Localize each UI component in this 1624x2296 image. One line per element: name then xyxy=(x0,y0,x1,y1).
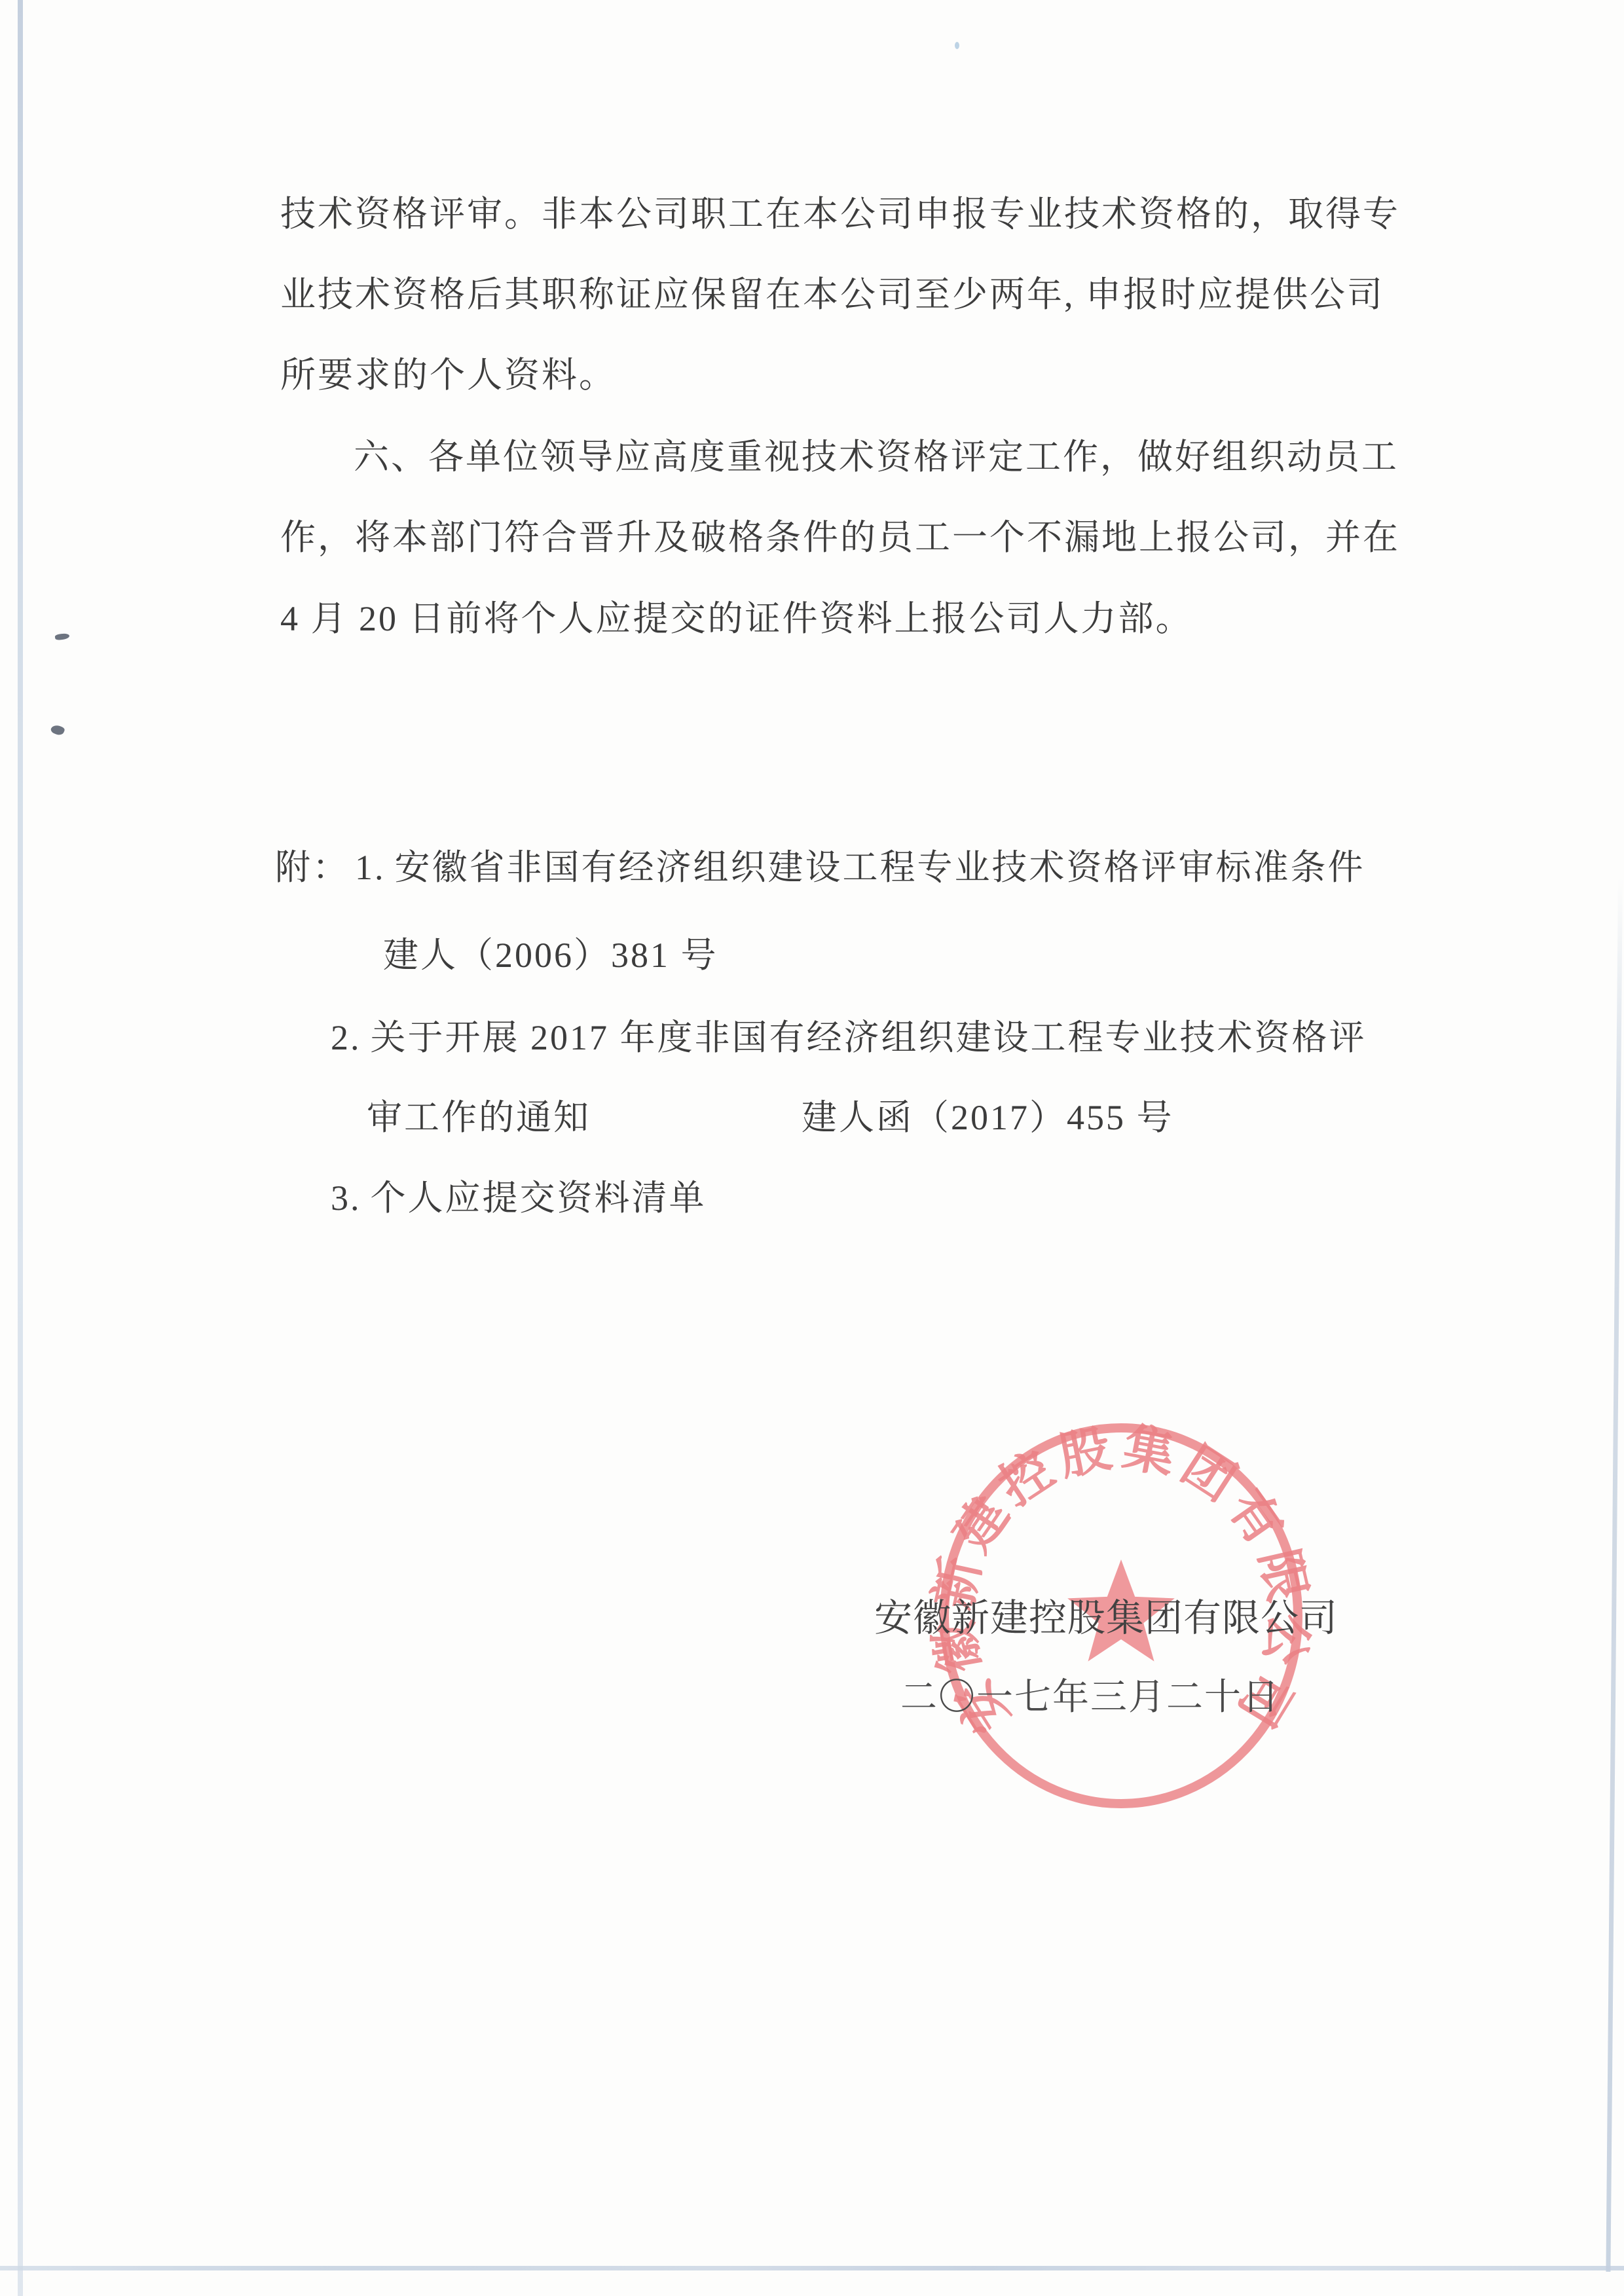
signature-company-name: 安徽新建控股集团有限公司 xyxy=(874,1599,1338,1637)
attachments-label: 附： xyxy=(275,848,350,887)
attachment-1-reference: 建人（2006）381 号 xyxy=(383,938,718,973)
attachment-item-3: 3.个人应提交资料清单 xyxy=(331,1180,707,1216)
attachment-item-1: 附：1.安徽省非国有经济组织建设工程专业技术资格评审标准条件 xyxy=(275,850,1365,885)
attachment-item-2: 2.关于开展 2017 年度非国有经济组织建设工程专业技术资格评 xyxy=(331,1020,1367,1055)
scan-fold-line-right xyxy=(1606,877,1623,2272)
scan-fold-line-bottom xyxy=(0,2266,1624,2270)
attachment-2-title-line1: 关于开展 2017 年度非国有经济组织建设工程专业技术资格评 xyxy=(371,1018,1367,1057)
scanned-document-page: 技术资格评审。非本公司职工在本公司申报专业技术资格的，取得专 业技术资格后其职称… xyxy=(0,0,1624,2296)
attachment-2-reference: 建人函（2017）455 号 xyxy=(802,1098,1174,1137)
scan-speck xyxy=(50,723,65,737)
attachment-1-number: 1. xyxy=(355,848,386,887)
scan-fold-line-left xyxy=(18,0,23,2296)
attachment-2-title-line2: 审工作的通知 xyxy=(367,1098,591,1137)
body-paragraph2-line3: 4 月 20 日前将个人应提交的证件资料上报公司人力部。 xyxy=(280,601,1193,636)
attachment-3-number: 3. xyxy=(331,1178,361,1218)
attachment-2-number: 2. xyxy=(331,1018,361,1057)
signature-date: 二〇一七年三月二十日 xyxy=(900,1679,1280,1716)
attachment-3-title: 个人应提交资料清单 xyxy=(371,1178,707,1218)
attachment-2-continuation: 审工作的通知建人函（2017）455 号 xyxy=(367,1100,1174,1135)
body-paragraph1-line3: 所要求的个人资料。 xyxy=(280,357,616,393)
scan-speck xyxy=(955,42,959,49)
scan-speck xyxy=(54,633,69,641)
body-paragraph1-line1: 技术资格评审。非本公司职工在本公司申报专业技术资格的，取得专 xyxy=(280,196,1400,232)
attachment-1-title: 安徽省非国有经济组织建设工程专业技术资格评审标准条件 xyxy=(395,848,1365,887)
body-paragraph2-line2: 作，将本部门符合晋升及破格条件的员工一个不漏地上报公司，并在 xyxy=(280,520,1400,555)
body-paragraph2-line1: 六、各单位领导应高度重视技术资格评定工作，做好组织动员工 xyxy=(354,439,1399,475)
body-paragraph1-line2: 业技术资格后其职称证应保留在本公司至少两年, 申报时应提供公司 xyxy=(280,277,1384,312)
